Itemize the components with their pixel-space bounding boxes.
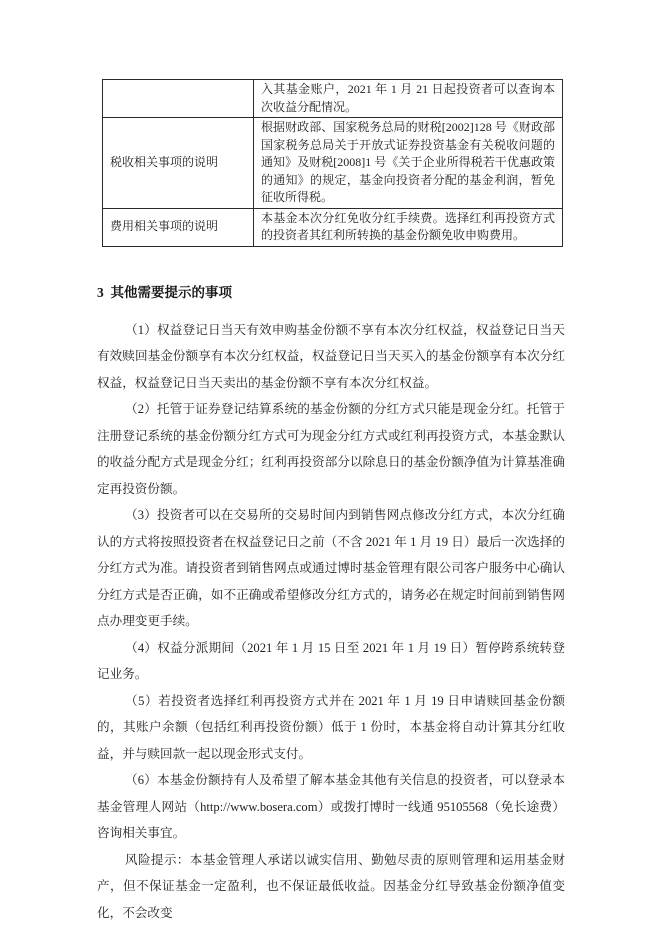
body-paragraph: （2）托管于证券登记结算系统的基金份额的分红方式只能是现金分红。托管于注册登记系… bbox=[97, 396, 565, 502]
body-paragraph: （1）权益登记日当天有效申购基金份额不享有本次分红权益，权益登记日当天有效赎回基… bbox=[97, 317, 565, 397]
dividend-info-table: 入其基金账户，2021 年 1 月 21 日起投资者可以查询本次收益分配情况。 … bbox=[102, 79, 563, 247]
table-row: 费用相关事项的说明 本基金本次分红免收分红手续费。选择红利再投资方式的投资者其红… bbox=[103, 208, 563, 246]
row-label-cell: 费用相关事项的说明 bbox=[103, 208, 254, 246]
table-row: 税收相关事项的说明 根据财政部、国家税务总局的财税[2002]128 号《财政部… bbox=[103, 118, 563, 209]
document-page: 入其基金账户，2021 年 1 月 21 日起投资者可以查询本次收益分配情况。 … bbox=[0, 0, 662, 936]
body-paragraph: （4）权益分派期间（2021 年 1 月 15 日至 2021 年 1 月 19… bbox=[97, 635, 565, 688]
row-content-cell: 本基金本次分红免收分红手续费。选择红利再投资方式的投资者其红利所转换的基金份额免… bbox=[254, 208, 563, 246]
notice-paragraphs: （1）权益登记日当天有效申购基金份额不享有本次分红权益，权益登记日当天有效赎回基… bbox=[97, 317, 565, 927]
document-content: 入其基金账户，2021 年 1 月 21 日起投资者可以查询本次收益分配情况。 … bbox=[97, 0, 565, 926]
body-paragraph: 风险提示：本基金管理人承诺以诚实信用、勤勉尽责的原则管理和运用基金财产，但不保证… bbox=[97, 847, 565, 927]
row-content-cell: 入其基金账户，2021 年 1 月 21 日起投资者可以查询本次收益分配情况。 bbox=[254, 80, 563, 118]
row-label-cell: 税收相关事项的说明 bbox=[103, 118, 254, 209]
body-paragraph: （3）投资者可以在交易所的交易时间内到销售网点修改分红方式，本次分红确认的方式将… bbox=[97, 502, 565, 635]
body-paragraph: （6）本基金份额持有人及希望了解本基金其他有关信息的投资者，可以登录本基金管理人… bbox=[97, 767, 565, 847]
row-label-cell bbox=[103, 80, 254, 118]
body-paragraph: （5）若投资者选择红利再投资方式并在 2021 年 1 月 19 日申请赎回基金… bbox=[97, 688, 565, 768]
row-content-cell: 根据财政部、国家税务总局的财税[2002]128 号《财政部 国家税务总局关于开… bbox=[254, 118, 563, 209]
table-row: 入其基金账户，2021 年 1 月 21 日起投资者可以查询本次收益分配情况。 bbox=[103, 80, 563, 118]
section-heading: 3 其他需要提示的事项 bbox=[97, 283, 565, 302]
